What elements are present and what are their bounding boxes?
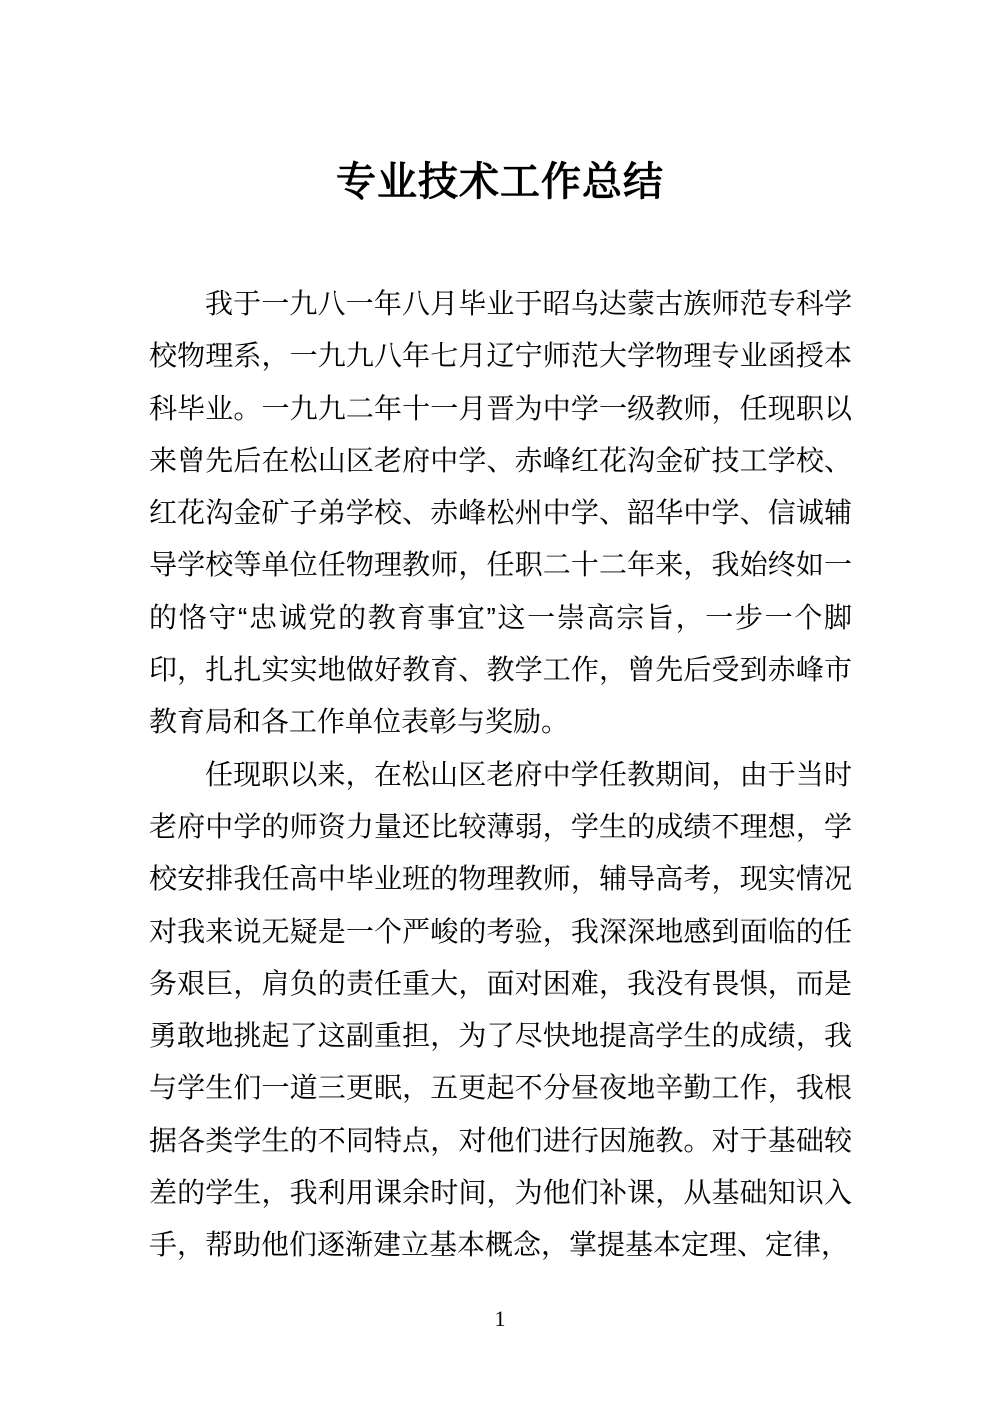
paragraph-1: 我于一九八一年八月毕业于昭乌达蒙古族师范专科学校物理系，一九九八年七月辽宁师范大…	[149, 278, 852, 749]
page-number: 1	[0, 1306, 1000, 1332]
document-body: 我于一九八一年八月毕业于昭乌达蒙古族师范专科学校物理系，一九九八年七月辽宁师范大…	[149, 278, 852, 1272]
document-title: 专业技术工作总结	[0, 157, 1000, 207]
document-page: 专业技术工作总结 我于一九八一年八月毕业于昭乌达蒙古族师范专科学校物理系，一九九…	[0, 0, 1000, 1415]
paragraph-2: 任现职以来，在松山区老府中学任教期间，由于当时老府中学的师资力量还比较薄弱，学生…	[149, 749, 852, 1272]
